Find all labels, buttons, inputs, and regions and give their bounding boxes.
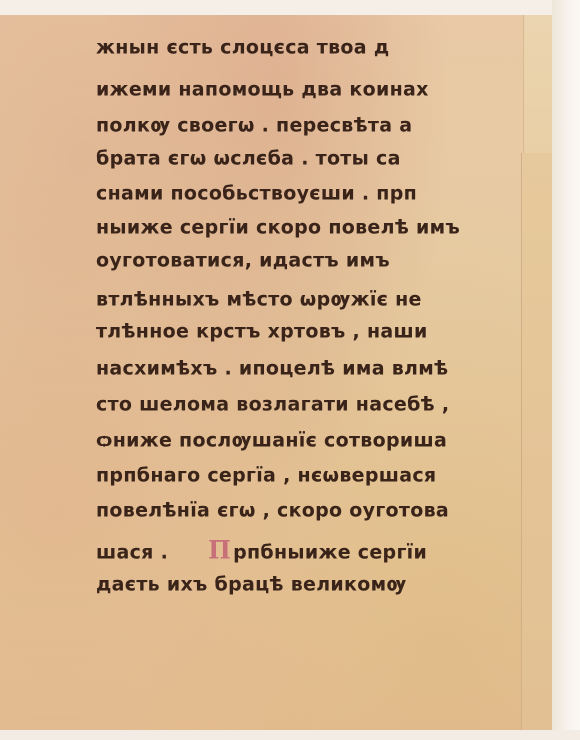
manuscript-line-3: полкѹ своегѡ . пересвѣта а [96, 113, 412, 136]
right-page-margin [552, 0, 580, 740]
manuscript-line-9: тлѣнное крстъ хртовъ , наши [96, 319, 428, 342]
manuscript-line-16: даєть ихъ брацѣ великомѹ [96, 572, 407, 595]
manuscript-line-6: ныиже сергїи скоро повелѣ имъ [96, 215, 460, 238]
paper-repair-strip-upper [523, 15, 554, 153]
manuscript-line-11: сто шелома возлагати насебѣ , [96, 392, 449, 415]
bottom-page-margin [0, 730, 580, 740]
manuscript-line-13: прпбнаго сергїа , нєѡвершася [96, 463, 436, 486]
manuscript-line-15: шася .Прпбныиже сергїи [96, 534, 427, 564]
line-15-continuation: рпбныиже сергїи [233, 541, 427, 564]
manuscript-line-2: ижеми напомощь два коинах [96, 77, 429, 100]
line-15-text: шася . [96, 541, 168, 564]
top-page-margin [0, 0, 580, 15]
manuscript-line-12: ѻниже послѹшанїє сотвориша [96, 428, 447, 451]
manuscript-line-4: брата єгѡ ѡслєба . тоты са [96, 146, 401, 169]
manuscript-line-14: повелѣнїа єгѡ , скоро оуготова [96, 498, 449, 521]
rubricated-initial: П [208, 534, 231, 564]
manuscript-line-7: оуготоватися, идастъ имъ [96, 248, 390, 271]
paper-repair-strip-lower [521, 153, 554, 730]
manuscript-line-10: насхимѣхъ . ипоцелѣ има влмѣ [96, 356, 448, 379]
manuscript-line-8: втлѣнныхъ мѣсто ѡрѹжїє не [96, 287, 422, 310]
manuscript-line-5: снами пособьствоуєши . прп [96, 181, 417, 204]
manuscript-line-1: жнын єсть слоцєса твоа д [96, 35, 389, 58]
